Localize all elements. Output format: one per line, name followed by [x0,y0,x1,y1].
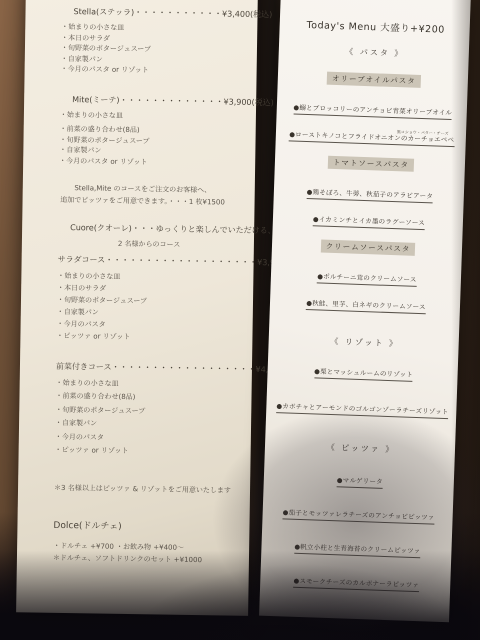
menu-item: ●秋鮭、里芋、白ネギのクリームソース [306,299,426,314]
menu-item-row: ●帆立小柱と生青海苔のクリームピッツァ [271,533,444,559]
menu-section-header: 《 ピッツァ 》 [275,441,447,457]
right-page-sections: 《 パスタ 》オリーブオイルパスタ●鰯とブロッコリーのアンチョビ青菜オリーブオイ… [270,45,461,593]
menu-item: ●カボチャとアーモンドのゴルゴンゾーラチーズリゾット [276,402,449,419]
course-item: ・始まりの小さな皿 [60,109,242,122]
menu-item-row: ●ポルチーニ茸のクリームソース [281,262,454,288]
right-menu-page: Today's Menu 大盛り+¥200 《 パスタ 》オリーブオイルパスタ●… [259,0,471,622]
todays-menu-title: Today's Menu 大盛り+¥200 [290,20,462,36]
dolce-section: Dolce(ドルチェ)・ドルチェ +¥700 ・お飲み物 +¥400〜＊ドルチェ… [53,521,236,567]
course-item: ・ピッツァ or リゾット [55,444,237,460]
note-line: 追加でピッツァをご用意できます。・・・1 枚¥1500 [58,194,226,208]
course-items: ・始まりの小さな皿・本日のサラダ・旬野菜のポタージュスープ・自家製パン・今月のパ… [61,22,244,77]
course-item: ・今月のパスタ or リゾット [59,155,241,168]
cuore-subtitle: 2 名様からのコース [118,239,240,251]
pizza-note: Stella,Mite のコースをご注文のお客様へ、追加でピッツァをご用意できま… [58,183,240,209]
course-items: ・始まりの小さな皿・前菜の盛り合わせ(8品)・旬野菜のポタージュスープ・自家製パ… [55,376,238,460]
cuore-title: Cuore(クオーレ)・・・ゆっくりと楽しんでいただける、 [70,223,240,235]
course-items: ・始まりの小さな皿・前菜の盛り合わせ(8品)・旬野菜のポタージュスープ・自家製パ… [59,109,242,168]
menu-item: ●ポルチーニ茸のクリームソース [317,272,417,286]
menu-item: ●スモークチーズのカルボナーラピッツァ [293,576,419,591]
course-title: サラダコース・・・・・・・・・・・・・・・・・・・¥3,900(税込) [58,254,240,266]
cuore-heading: Cuore(クオーレ)・・・ゆっくりと楽しんでいただける、2 名様からのコース [58,223,240,251]
menu-section-header: 《 リゾット 》 [279,335,451,351]
right-page-content: Today's Menu 大盛り+¥200 《 パスタ 》オリーブオイルパスタ●… [260,0,471,593]
dolce-title: Dolce(ドルチェ) [53,521,235,535]
menu-section: 《 パスタ 》オリーブオイルパスタ●鰯とブロッコリーのアンチョビ青菜オリーブオイ… [280,45,461,315]
course-item: ・ピッツァ or リゾット [56,329,238,344]
menu-subheader-wrap: オリーブオイルパスタ [288,64,461,89]
course-title: Mite(ミーテ)・・・・・・・・・・・・・¥3,900(税込) [72,95,242,107]
furigana-note: 黒コショウ・バター・チーズ [397,130,449,136]
course-item: ・今月のパスタ or リゾット [61,64,243,77]
menu-subheader: オリーブオイルパスタ [327,71,421,87]
menu-subheader: クリームソースパスタ [320,239,415,255]
menu-item-row: ●カボチャとアーモンドのゴルゴンゾーラチーズリゾット [276,393,449,419]
course-title: Stella(ステッラ)・・・・・・・・・・・¥3,400(税込) [73,7,243,19]
menu-item: ●ローストキノコとフライドオニオンのカーチョエペペ黒コショウ・バター・チーズ [289,130,454,147]
menu-item: ●マルゲリータ [337,476,383,489]
dolce-line: ＊ドルチェ、ソフトドリンクのセット +¥1000 [53,552,235,567]
menu-group: オリーブオイルパスタ●鰯とブロッコリーのアンチョビ青菜オリーブオイル●ローストキ… [286,64,461,147]
menu-subheader-wrap: トマトソースパスタ [285,148,458,173]
menu-photo: Stella(ステッラ)・・・・・・・・・・・¥3,400(税込)・始まりの小さ… [0,0,480,640]
menu-item-row: ●秋鮭、里芋、白ネギのクリームソース [280,289,453,315]
menu-item: ●イカミンチとイカ墨のラグーソース [313,215,425,230]
group-size-note: ＊3 名様以上はピッツァ & リゾットをご用意いたします [54,482,236,495]
menu-section: 《 リゾット 》●栗とマッシュルームのリゾット●カボチャとアーモンドのゴルゴンゾ… [276,335,451,419]
course-block: Mite(ミーテ)・・・・・・・・・・・・・¥3,900(税込)・始まりの小さな… [59,94,242,168]
course-block: Stella(ステッラ)・・・・・・・・・・・¥3,400(税込)・始まりの小さ… [61,7,244,77]
menu-section: 《 ピッツァ 》●マルゲリータ●茄子とモッツァレラチーズのアンチョビピッツァ●帆… [270,441,447,593]
menu-item-row: ●スモークチーズのカルボナーラピッツァ [270,566,443,592]
menu-item-row: ●鶏そぼろ、牛蒡、秋茄子のアラビアータ [284,178,457,204]
menu-item: ●茄子とモッツァレラチーズのアンチョビピッツァ [283,508,435,524]
menu-item-row: ●栗とマッシュルームのリゾット [277,357,450,383]
menu-item-row: ●イカミンチとイカ墨のラグーソース [283,205,456,231]
course-items: ・始まりの小さな皿・本日のサラダ・旬野菜のポタージュスープ・自家製パン・今月のパ… [56,269,239,344]
menu-group: クリームソースパスタ●ポルチーニ茸のクリームソース●秋鮭、里芋、白ネギのクリーム… [280,232,455,315]
course-block: 前菜付きコース・・・・・・・・・・・・・・・・・・¥4,400(税込)・始まりの… [55,361,238,460]
menu-item: ●栗とマッシュルームのリゾット [314,367,413,381]
menu-item-row: ●茄子とモッツァレラチーズのアンチョビピッツァ [272,499,445,525]
menu-item-row: ●マルゲリータ [274,465,447,491]
menu-item-row: ●ローストキノコとフライドオニオンのカーチョエペペ黒コショウ・バター・チーズ [286,121,459,147]
course-title: 前菜付きコース・・・・・・・・・・・・・・・・・・¥4,400(税込) [56,361,238,373]
menu-item-row: ●鰯とブロッコリーのアンチョビ青菜オリーブオイル [287,94,460,120]
menu-subheader-wrap: クリームソースパスタ [282,232,455,257]
left-menu-page: Stella(ステッラ)・・・・・・・・・・・¥3,400(税込)・始まりの小さ… [16,0,258,616]
menu-item: ●帆立小柱と生青海苔のクリームピッツァ [294,542,420,557]
course-block: サラダコース・・・・・・・・・・・・・・・・・・・¥3,900(税込)・始まりの… [56,254,239,344]
left-page-content: Stella(ステッラ)・・・・・・・・・・・¥3,400(税込)・始まりの小さ… [17,0,258,567]
menu-group: ●栗とマッシュルームのリゾット●カボチャとアーモンドのゴルゴンゾーラチーズリゾッ… [276,357,450,419]
menu-group: トマトソースパスタ●鶏そぼろ、牛蒡、秋茄子のアラビアータ●イカミンチとイカ墨のラ… [283,148,458,231]
menu-item: ●鶏そぼろ、牛蒡、秋茄子のアラビアータ [307,188,434,203]
menu-subheader: トマトソースパスタ [328,155,415,171]
menu-item: ●鰯とブロッコリーのアンチョビ青菜オリーブオイル [293,103,452,120]
menu-section-header: 《 パスタ 》 [289,45,461,61]
menu-group: ●マルゲリータ●茄子とモッツァレラチーズのアンチョビピッツァ●帆立小柱と生青海苔… [270,465,446,593]
